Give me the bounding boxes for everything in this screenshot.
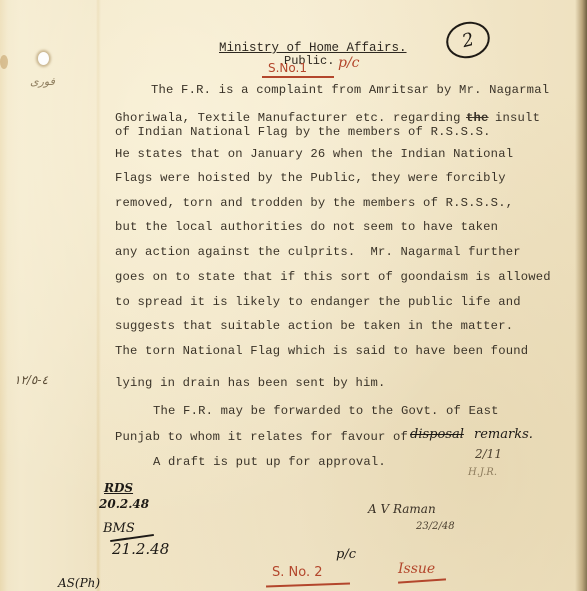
text-line: removed, torn and trodden by the members…: [115, 197, 513, 209]
text-line: but the local authorities do not seem to…: [115, 221, 498, 233]
serial-no-1: S.No.1: [268, 62, 307, 74]
date-2: 21.2.48: [112, 542, 169, 557]
text-line: A draft is put up for approval.: [153, 456, 386, 468]
margin-note-urdu: فوری: [30, 76, 55, 87]
text-line: of Indian National Flag by the members o…: [115, 126, 491, 138]
struck-word: the: [466, 112, 489, 124]
pfc-note-top: p/c: [338, 56, 360, 70]
right-initials-2: H.J.R.: [468, 468, 497, 478]
text-line: The torn National Flag which is said to …: [115, 345, 528, 357]
signature-1: RDS: [104, 482, 133, 494]
text-line: goes on to state that if this sort of go…: [115, 271, 551, 283]
text-line: The F.R. may be forwarded to the Govt. o…: [153, 405, 499, 417]
struck-handwritten-word: disposal: [410, 428, 464, 441]
date-1: 20.2.48: [99, 498, 149, 510]
text-line: Punjab to whom it relates for favour of: [115, 431, 408, 443]
text-line: suggests that suitable action be taken i…: [115, 320, 513, 332]
signature-3: A V Raman: [368, 503, 436, 515]
date-3: 23/2/48: [416, 522, 455, 532]
text-line: Flags were hoisted by the Public, they w…: [115, 172, 506, 184]
pfc-note-bottom: p/c: [336, 548, 356, 561]
serial-no-1-underline: [262, 76, 334, 78]
text-line-end: insult: [495, 112, 540, 124]
punch-hole: [38, 52, 49, 65]
text-line: to spread it is likely to endanger the p…: [115, 296, 521, 308]
issue-note: Issue: [398, 562, 435, 576]
signature-2: BMS: [103, 522, 135, 535]
as-note: AS(Ph): [58, 577, 100, 589]
text-line: lying in drain has been sent by him.: [115, 377, 386, 389]
margin-note-urdu-2: ٤-١٢/٥: [14, 374, 48, 386]
text-line: The F.R. is a complaint from Amritsar by…: [151, 84, 549, 96]
text-line: Ghoriwala, Textile Manufacturer etc. reg…: [115, 112, 461, 124]
paper-stain: [0, 55, 8, 69]
serial-no-2: S. No. 2: [272, 566, 323, 579]
page-title: Ministry of Home Affairs.: [219, 41, 407, 55]
handwritten-insert: remarks.: [474, 428, 533, 441]
right-initials: 2/11: [475, 448, 502, 460]
text-line: any action against the culprits. Mr. Nag…: [115, 246, 521, 258]
text-line: He states that on January 26 when the In…: [115, 148, 513, 160]
